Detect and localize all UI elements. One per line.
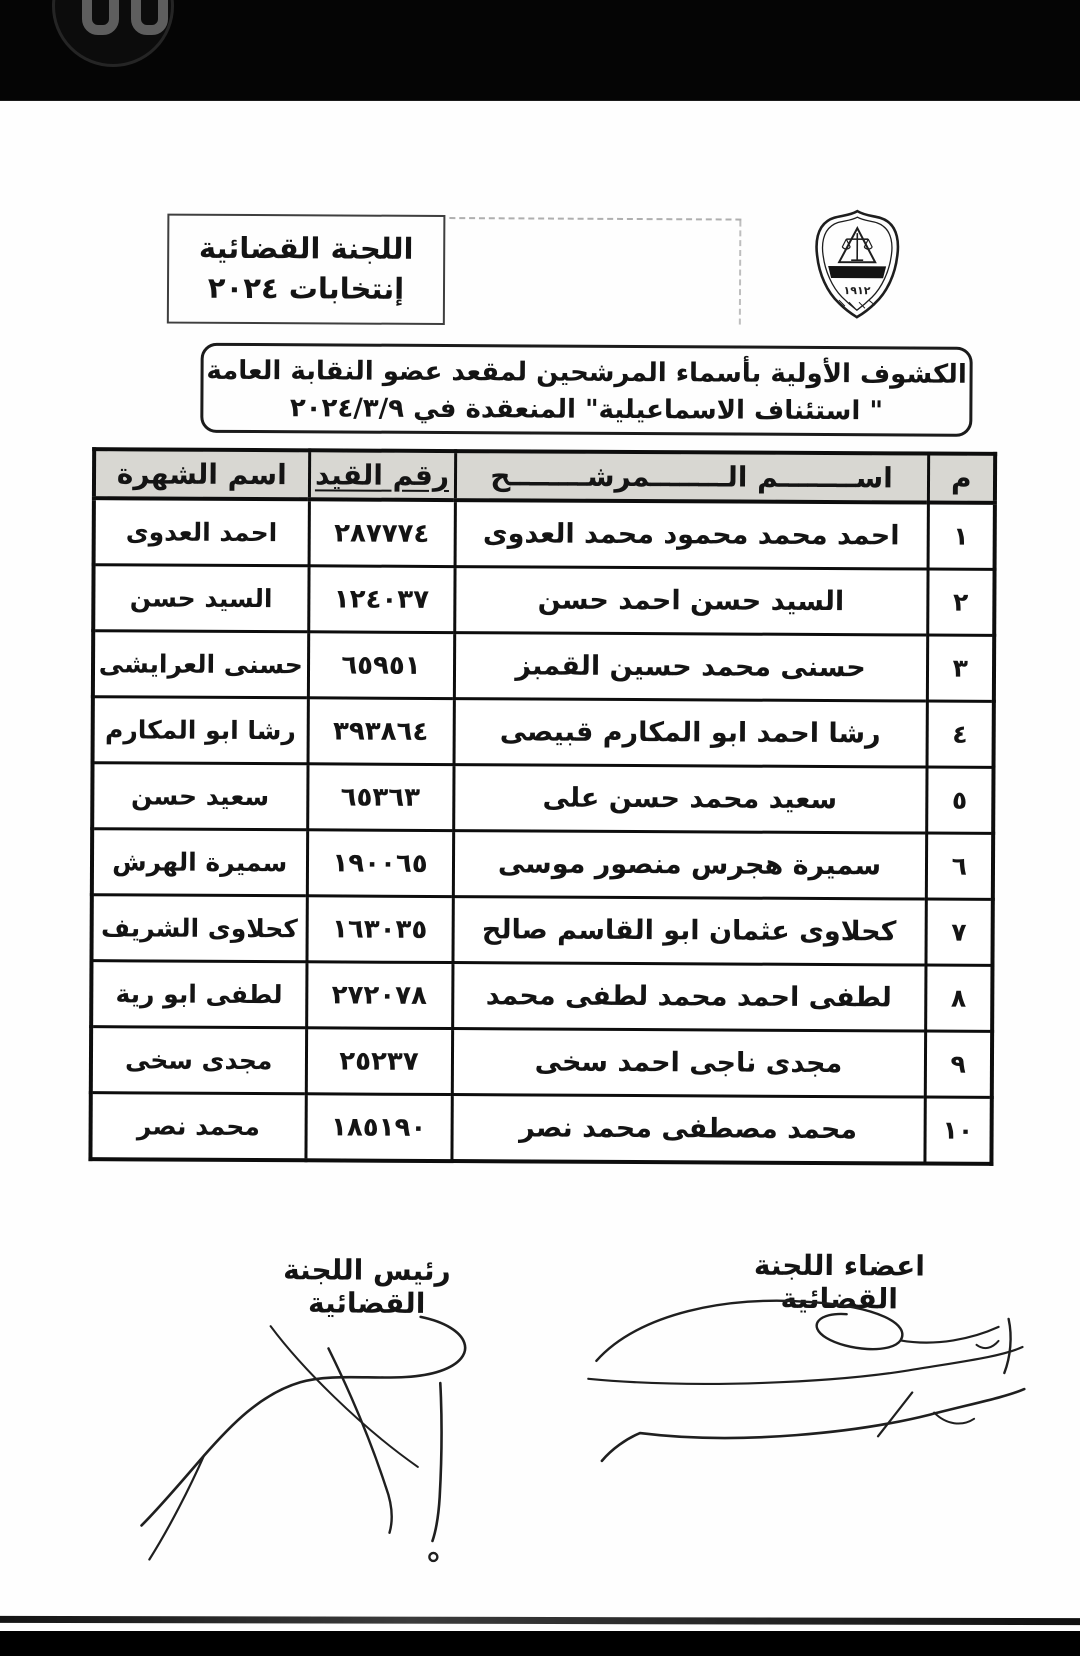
- registration-number-cell: ٢٥٢٣٧: [306, 1028, 452, 1095]
- serial-cell: ١: [928, 503, 995, 570]
- candidate-name-cell: محمد مصطفى محمد نصر: [451, 1095, 924, 1164]
- candidate-name-cell: مجدى ناجى احمد سخى: [452, 1029, 925, 1097]
- fame-name-cell: سعيد حسن: [92, 763, 307, 830]
- registration-number-cell: ٢٧٢٠٧٨: [306, 962, 452, 1029]
- serial-cell: ٩: [925, 1031, 992, 1097]
- scanned-document: اللجنة القضائية إنتخابات ٢٠٢٤ ١٩١٢ الكشو…: [0, 100, 1080, 1631]
- serial-cell: ٧: [925, 899, 992, 965]
- avatar-digit-icon: [131, 0, 168, 35]
- registration-number-cell: ١٢٤٠٣٧: [308, 566, 454, 633]
- table-row: ١ احمد محمد محمود محمد العدوى ٢٨٧٧٧٤ احم…: [94, 498, 995, 569]
- registration-number-cell: ٦٥٣٦٣: [307, 764, 453, 831]
- candidate-name-cell: سميرة هجرس منصور موسى: [453, 831, 926, 899]
- col-header-serial: م: [928, 454, 995, 503]
- scan-artifact-line: [739, 221, 742, 325]
- document-title-line1: الكشوف الأولية بأسماء المرشحين لمقعد عضو…: [203, 353, 969, 394]
- candidate-name-cell: سعيد محمد حسن على: [453, 765, 926, 833]
- table-row: ٢ السيد حسن احمد حسن ١٢٤٠٣٧ السيد حسن: [93, 565, 994, 636]
- committee-title: اللجنة القضائية: [169, 228, 443, 269]
- chairman-signature-scribble: [117, 1285, 514, 1597]
- fame-name-cell: السيد حسن: [93, 565, 308, 632]
- serial-cell: ١٠: [924, 1097, 991, 1164]
- fame-name-cell: محمد نصر: [90, 1093, 305, 1161]
- candidate-name-cell: احمد محمد محمود محمد العدوى: [455, 500, 928, 569]
- fame-name-cell: لطفى ابو رية: [91, 961, 306, 1028]
- serial-cell: ٣: [927, 635, 994, 701]
- fame-name-cell: كحلاوى الشريف: [91, 895, 306, 962]
- candidates-table: م اســــــــم الــــــــمرشــــــــح رقم…: [88, 447, 997, 1166]
- table-row: ٣ حسنى محمد حسين القمبز ٦٥٩٥١ حسنى العرا…: [93, 631, 994, 702]
- fame-name-cell: رشا ابو المكارم: [93, 697, 308, 764]
- members-signature-scribble: [578, 1283, 1039, 1495]
- registration-number-cell: ١٩٠٠٦٥: [307, 830, 453, 897]
- table-row: ٥ سعيد محمد حسن على ٦٥٣٦٣ سعيد حسن: [92, 763, 993, 834]
- document-title-box: الكشوف الأولية بأسماء المرشحين لمقعد عضو…: [200, 343, 972, 437]
- committee-stamp-box: اللجنة القضائية إنتخابات ٢٠٢٤: [167, 214, 446, 325]
- fame-name-cell: سميرة الهرش: [92, 829, 307, 896]
- scan-tilt-wrapper: اللجنة القضائية إنتخابات ٢٠٢٤ ١٩١٢ الكشو…: [0, 100, 1080, 1637]
- col-header-candidate: اســــــــم الــــــــمرشــــــــح: [455, 451, 928, 502]
- serial-cell: ٤: [927, 701, 994, 767]
- registration-number-cell: ٦٥٩٥١: [308, 632, 454, 699]
- registration-number-cell: ٣٩٣٨٦٤: [308, 698, 454, 765]
- col-header-fame: اسم الشهرة: [94, 449, 309, 499]
- candidate-name-cell: حسنى محمد حسين القمبز: [454, 633, 927, 701]
- avatar-badge[interactable]: [52, 0, 174, 67]
- election-year-line: إنتخابات ٢٠٢٤: [169, 268, 443, 309]
- screenshot-root: اللجنة القضائية إنتخابات ٢٠٢٤ ١٩١٢ الكشو…: [0, 0, 1080, 1656]
- registration-number-cell: ٢٨٧٧٧٤: [309, 499, 455, 566]
- emblem-year: ١٩١٢: [844, 284, 871, 297]
- candidate-name-cell: لطفى احمد محمد لطفى محمد: [452, 963, 925, 1031]
- table-row: ٨ لطفى احمد محمد لطفى محمد ٢٧٢٠٧٨ لطفى ا…: [91, 961, 992, 1032]
- serial-cell: ٦: [926, 833, 993, 899]
- table-row: ٩ مجدى ناجى احمد سخى ٢٥٢٣٧ مجدى سخى: [91, 1027, 992, 1098]
- avatar-digit-icon: [82, 0, 119, 35]
- candidate-name-cell: رشا احمد ابو المكارم قبيصى: [454, 699, 927, 767]
- document-title-line2: " استئناف الاسماعيلية" المنعقدة في ٢٠٢٤/…: [203, 390, 969, 431]
- fame-name-cell: مجدى سخى: [91, 1027, 306, 1094]
- candidate-name-cell: السيد حسن احمد حسن: [454, 567, 927, 635]
- col-header-registration: رقم القيد: [309, 450, 455, 500]
- scan-artifact-line: [449, 217, 741, 221]
- fame-name-cell: احمد العدوى: [94, 498, 309, 566]
- table-row: ٦ سميرة هجرس منصور موسى ١٩٠٠٦٥ سميرة اله…: [92, 829, 993, 900]
- table-row: ٧ كحلاوى عثمان ابو القاسم صالح ١٦٣٠٣٥ كح…: [91, 895, 992, 966]
- bar-association-emblem-icon: ١٩١٢: [809, 208, 906, 321]
- candidate-name-cell: كحلاوى عثمان ابو القاسم صالح: [452, 897, 925, 965]
- table-row: ٤ رشا احمد ابو المكارم قبيصى ٣٩٣٨٦٤ رشا …: [93, 697, 994, 768]
- viewer-bottom-bar: [0, 1631, 1080, 1656]
- serial-cell: ٢: [927, 569, 994, 635]
- table-row: ١٠ محمد مصطفى محمد نصر ١٨٥١٩٠ محمد نصر: [90, 1093, 991, 1164]
- table-header-row: م اســــــــم الــــــــمرشــــــــح رقم…: [94, 449, 995, 503]
- viewer-top-bar: [0, 0, 1080, 101]
- registration-number-cell: ١٦٣٠٣٥: [306, 896, 452, 963]
- serial-cell: ٨: [925, 965, 992, 1031]
- fame-name-cell: حسنى العرايشى: [93, 631, 308, 698]
- serial-cell: ٥: [926, 767, 993, 833]
- registration-number-cell: ١٨٥١٩٠: [305, 1094, 451, 1161]
